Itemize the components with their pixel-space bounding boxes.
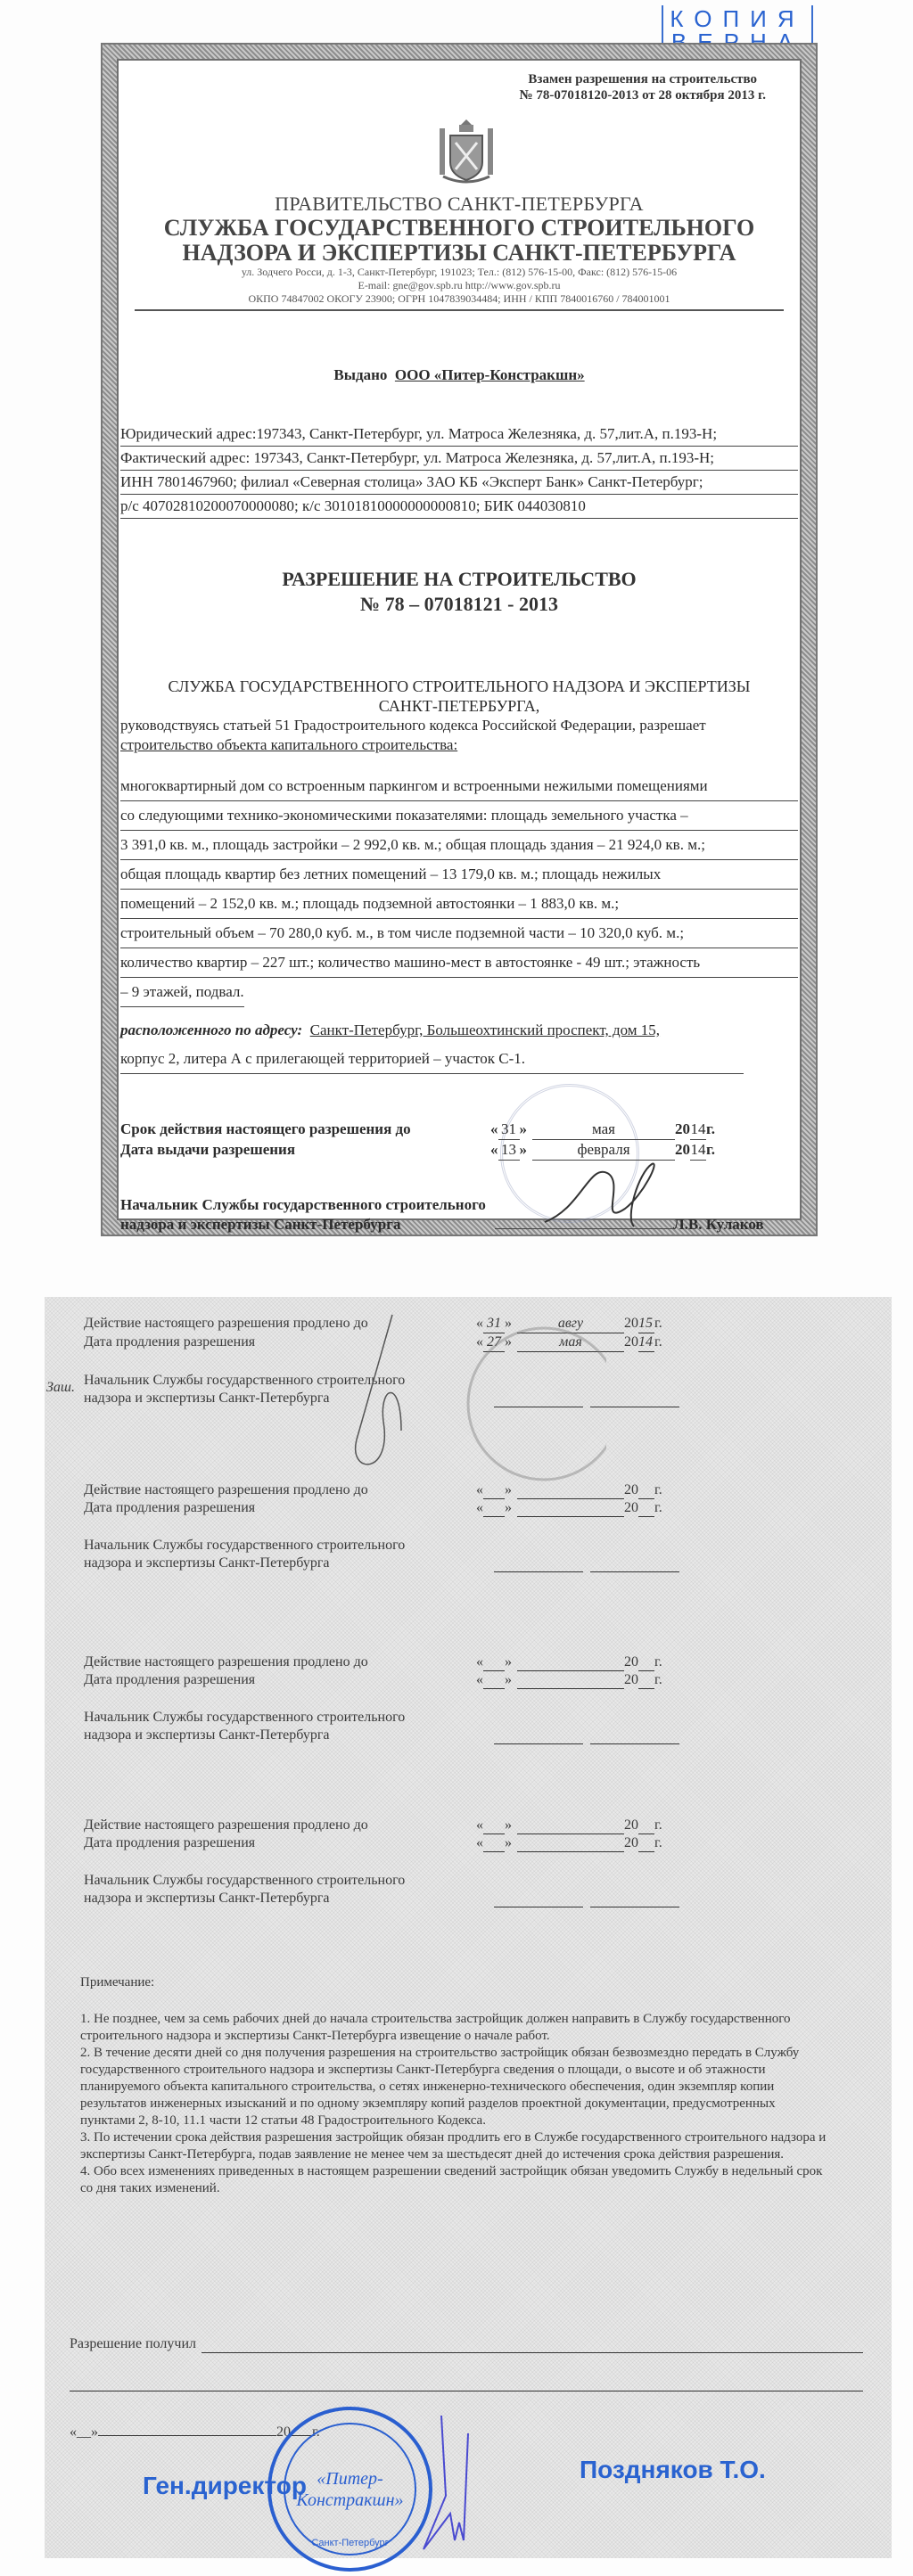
chief-name-line[interactable] xyxy=(590,1555,679,1572)
chief-signature-line[interactable] xyxy=(494,1890,583,1907)
service-name-line-2: НАДЗОРА И ЭКСПЕРТИЗЫ САНКТ-ПЕТЕРБУРГА xyxy=(117,241,802,266)
signature-icon xyxy=(527,1155,679,1235)
year-suffix: г. xyxy=(654,1817,662,1834)
extension-label: Действие настоящего разрешения продлено … xyxy=(84,1817,476,1834)
extension-date-year[interactable] xyxy=(638,1671,654,1689)
object-line: многоквартирный дом со встроенным паркин… xyxy=(120,772,798,801)
authority-statement: руководствуясь статьей 51 Градостроитель… xyxy=(120,716,798,755)
seal-name-line-1: «Питер- xyxy=(296,2468,403,2490)
extension-label: Действие настоящего разрешения продлено … xyxy=(84,1653,476,1671)
year-prefix: 20 xyxy=(624,1333,638,1352)
extension-date-label: Дата продления разрешения xyxy=(84,1499,476,1517)
valid-until-month: мая xyxy=(532,1120,675,1140)
issue-date-label: Дата выдачи разрешения xyxy=(120,1140,490,1160)
stamp-line-1: КОПИЯ xyxy=(663,7,811,30)
permit-number: № 78 – 07018121 - 2013 xyxy=(117,592,802,617)
year-prefix: 20 xyxy=(624,1481,638,1499)
extension-month[interactable] xyxy=(517,1481,624,1499)
company-accounts: р/с 40702810200070000080; к/с 3010181000… xyxy=(120,495,798,519)
extension-block: Действие настоящего разрешения продлено … xyxy=(84,1817,838,1907)
replaces-line-2: № 78-07018120-2013 от 28 октября 2013 г. xyxy=(520,87,767,103)
object-line: 3 391,0 кв. м., площадь застройки – 2 99… xyxy=(120,831,798,860)
object-line: – 9 этажей, подвал. xyxy=(120,978,244,1007)
location-line-2: корпус 2, литера А с прилегающей террито… xyxy=(120,1045,744,1074)
object-line: строительный объем – 70 280,0 куб. м., в… xyxy=(120,919,798,948)
extension-month[interactable] xyxy=(517,1817,624,1834)
authority-codes: ОКПО 74847002 ОКОГУ 23900; ОГРН 10478390… xyxy=(117,292,802,306)
extension-date-day[interactable] xyxy=(483,1671,505,1689)
coat-of-arms-icon xyxy=(438,118,495,185)
received-day[interactable]: «__» xyxy=(70,2424,98,2440)
signatory-block: Начальник Службы государственного строит… xyxy=(120,1195,798,1235)
chief-title-1: Начальник Службы государственного строит… xyxy=(84,1709,838,1727)
authority-line-1: руководствуясь статьей 51 Градостроитель… xyxy=(120,716,798,735)
received-second-line[interactable] xyxy=(70,2366,863,2391)
chief-title-2: надзора и экспертизы Санкт-Петербурга xyxy=(84,1555,476,1572)
signatory-title-2: надзора и экспертизы Санкт-Петербурга xyxy=(120,1215,495,1235)
government-name: ПРАВИТЕЛЬСТВО САНКТ-ПЕТЕРБУРГА xyxy=(117,193,802,216)
note-item: 4. Обо всех изменениях приведенных в нас… xyxy=(80,2163,829,2197)
company-inn-bank: ИНН 7801467960; филиал «Северная столица… xyxy=(120,471,798,495)
extension-year[interactable] xyxy=(638,1817,654,1834)
extension-block: Действие настоящего разрешения продлено … xyxy=(84,1653,838,1744)
extension-year[interactable]: 15 xyxy=(638,1315,654,1333)
year-suffix: г. xyxy=(706,1120,715,1139)
service-body-line-2: САНКТ-ПЕТЕРБУРГА, xyxy=(117,696,802,716)
object-location: расположенного по адресу: Санкт-Петербур… xyxy=(120,1016,798,1074)
year-suffix: г. xyxy=(654,1671,662,1689)
extension-month[interactable] xyxy=(517,1653,624,1671)
valid-until-label: Срок действия настоящего разрешения до xyxy=(120,1120,490,1139)
extension-date-year[interactable] xyxy=(638,1834,654,1852)
year-suffix: г. xyxy=(654,1834,662,1852)
issued-label: Выдано xyxy=(333,366,387,383)
issued-to: Выдано ООО «Питер-Констракшн» xyxy=(117,366,802,384)
year-suffix: г. xyxy=(654,1499,662,1517)
signatory-name: Л.В. Кулаков xyxy=(673,1215,764,1235)
location-line-1: Санкт-Петербург, Большеохтинский проспек… xyxy=(310,1021,660,1038)
year-prefix: 20 xyxy=(624,1499,638,1517)
object-line: общая площадь квартир без летних помещен… xyxy=(120,860,798,890)
year-prefix: 20 xyxy=(624,1315,638,1333)
object-line: со следующими технико-экономическими пок… xyxy=(120,801,798,831)
extension-date-label: Дата продления разрешения xyxy=(84,1671,476,1689)
chief-name-line[interactable] xyxy=(590,1727,679,1744)
extension-date-day[interactable] xyxy=(483,1499,505,1517)
valid-until-day: 31 xyxy=(498,1120,520,1140)
extension-date-month[interactable] xyxy=(517,1834,624,1852)
permit-dates: Срок действия настоящего разрешения до «… xyxy=(120,1120,798,1161)
received-month[interactable] xyxy=(98,2435,276,2436)
extension-year[interactable] xyxy=(638,1481,654,1499)
extension-block: Действие настоящего разрешения продлено … xyxy=(84,1481,838,1572)
year-prefix: 20 xyxy=(624,1671,638,1689)
issue-date-row: Дата выдачи разрешения «13» февраля 2014… xyxy=(120,1140,798,1161)
permit-title-text: РАЗРЕШЕНИЕ НА СТРОИТЕЛЬСТВО xyxy=(117,567,802,592)
signatory-title-1: Начальник Службы государственного строит… xyxy=(120,1195,798,1215)
valid-until-year-prefix: 20 xyxy=(675,1120,690,1139)
chief-signature-line[interactable] xyxy=(494,1555,583,1572)
director-signature-icon xyxy=(415,2416,486,2558)
permit-page-2: Заш. Действие настоящего разрешения прод… xyxy=(45,1297,892,2558)
extension-date-label: Дата продления разрешения xyxy=(84,1834,476,1852)
authority-address: ул. Зодчего Росси, д. 1-3, Санкт-Петербу… xyxy=(117,266,802,279)
company-actual-address: Фактический адрес: 197343, Санкт-Петербу… xyxy=(120,447,798,471)
company-seal: «Питер- Констракшн» Санкт-Петербург xyxy=(267,2407,432,2572)
company-details: Юридический адрес:197343, Санкт-Петербур… xyxy=(120,422,798,519)
extension-date-year[interactable]: 14 xyxy=(638,1333,654,1352)
received-label: Разрешение получил xyxy=(70,2335,196,2353)
authority-contacts: E-mail: gne@gov.spb.ru http://www.gov.sp… xyxy=(117,279,802,292)
year-suffix: г. xyxy=(706,1140,715,1160)
margin-note: Заш. xyxy=(46,1379,75,1397)
year-suffix: г. xyxy=(654,1333,662,1352)
received-by-line[interactable] xyxy=(202,2335,863,2353)
extension-date-year[interactable] xyxy=(638,1499,654,1517)
seal-name-line-2: Констракшн» xyxy=(296,2490,403,2511)
chief-signature-line[interactable] xyxy=(494,1727,583,1744)
director-name: Поздняков Т.О. xyxy=(580,2456,766,2484)
object-line: помещений – 2 152,0 кв. м.; площадь подз… xyxy=(120,890,798,919)
authority-line-2: строительство объекта капитального строи… xyxy=(120,735,798,755)
notes-title: Примечание: xyxy=(80,1974,829,1991)
replaces-line-1: Взамен разрешения на строительство xyxy=(520,71,767,87)
extension-label: Действие настоящего разрешения продлено … xyxy=(84,1481,476,1499)
chief-title-1: Начальник Службы государственного строит… xyxy=(84,1872,838,1890)
year-suffix: г. xyxy=(654,1653,662,1671)
service-name-line-1: СЛУЖБА ГОСУДАРСТВЕННОГО СТРОИТЕЛЬНОГО xyxy=(117,216,802,241)
service-name-block: СЛУЖБА ГОСУДАРСТВЕННОГО СТРОИТЕЛЬНОГО НА… xyxy=(117,677,802,716)
chief-name-line[interactable] xyxy=(590,1890,679,1907)
header-divider xyxy=(135,309,784,311)
extension-day[interactable] xyxy=(483,1481,505,1499)
seal-city: Санкт-Петербург xyxy=(285,2538,415,2548)
permit-page-1: Взамен разрешения на строительство № 78-… xyxy=(103,45,816,1235)
year-prefix: 20 xyxy=(624,1817,638,1834)
location-label: расположенного по адресу: xyxy=(120,1021,302,1038)
extension-day[interactable] xyxy=(483,1817,505,1834)
year-suffix: г. xyxy=(654,1481,662,1499)
extension-signature-and-seal-icon xyxy=(339,1306,606,1484)
chief-title-2: надзора и экспертизы Санкт-Петербурга xyxy=(84,1890,476,1907)
extension-year[interactable] xyxy=(638,1653,654,1671)
extension-date-day[interactable] xyxy=(483,1834,505,1852)
service-body-line-1: СЛУЖБА ГОСУДАРСТВЕННОГО СТРОИТЕЛЬНОГО НА… xyxy=(117,677,802,696)
replaces-note: Взамен разрешения на строительство № 78-… xyxy=(520,71,767,103)
extension-date-month[interactable] xyxy=(517,1499,624,1517)
valid-until-row: Срок действия настоящего разрешения до «… xyxy=(120,1120,798,1140)
company-legal-address: Юридический адрес:197343, Санкт-Петербур… xyxy=(120,422,798,447)
note-item: 1. Не позднее, чем за семь рабочих дней … xyxy=(80,2011,829,2045)
note-item: 3. По истечении срока действия разрешени… xyxy=(80,2129,829,2163)
issue-date-year: 14 xyxy=(690,1140,706,1161)
chief-title-1: Начальник Службы государственного строит… xyxy=(84,1537,838,1555)
object-line: количество квартир – 227 шт.; количество… xyxy=(120,948,798,978)
notes-section: Примечание: 1. Не позднее, чем за семь р… xyxy=(80,1974,829,2197)
year-suffix: г. xyxy=(654,1315,662,1333)
issued-company: ООО «Питер-Констракшн» xyxy=(395,366,585,383)
year-prefix: 20 xyxy=(624,1653,638,1671)
object-description: многоквартирный дом со встроенным паркин… xyxy=(120,772,798,1017)
chief-title-2: надзора и экспертизы Санкт-Петербурга xyxy=(84,1727,476,1744)
issuing-authority-header: ПРАВИТЕЛЬСТВО САНКТ-ПЕТЕРБУРГА СЛУЖБА ГО… xyxy=(117,193,802,311)
permit-title: РАЗРЕШЕНИЕ НА СТРОИТЕЛЬСТВО № 78 – 07018… xyxy=(117,567,802,617)
year-prefix: 20 xyxy=(624,1834,638,1852)
extension-day[interactable] xyxy=(483,1653,505,1671)
extension-date-month[interactable] xyxy=(517,1671,624,1689)
note-item: 2. В течение десяти дней со дня получени… xyxy=(80,2045,829,2129)
valid-until-year: 14 xyxy=(690,1120,706,1140)
issue-date-day: 13 xyxy=(498,1140,520,1161)
